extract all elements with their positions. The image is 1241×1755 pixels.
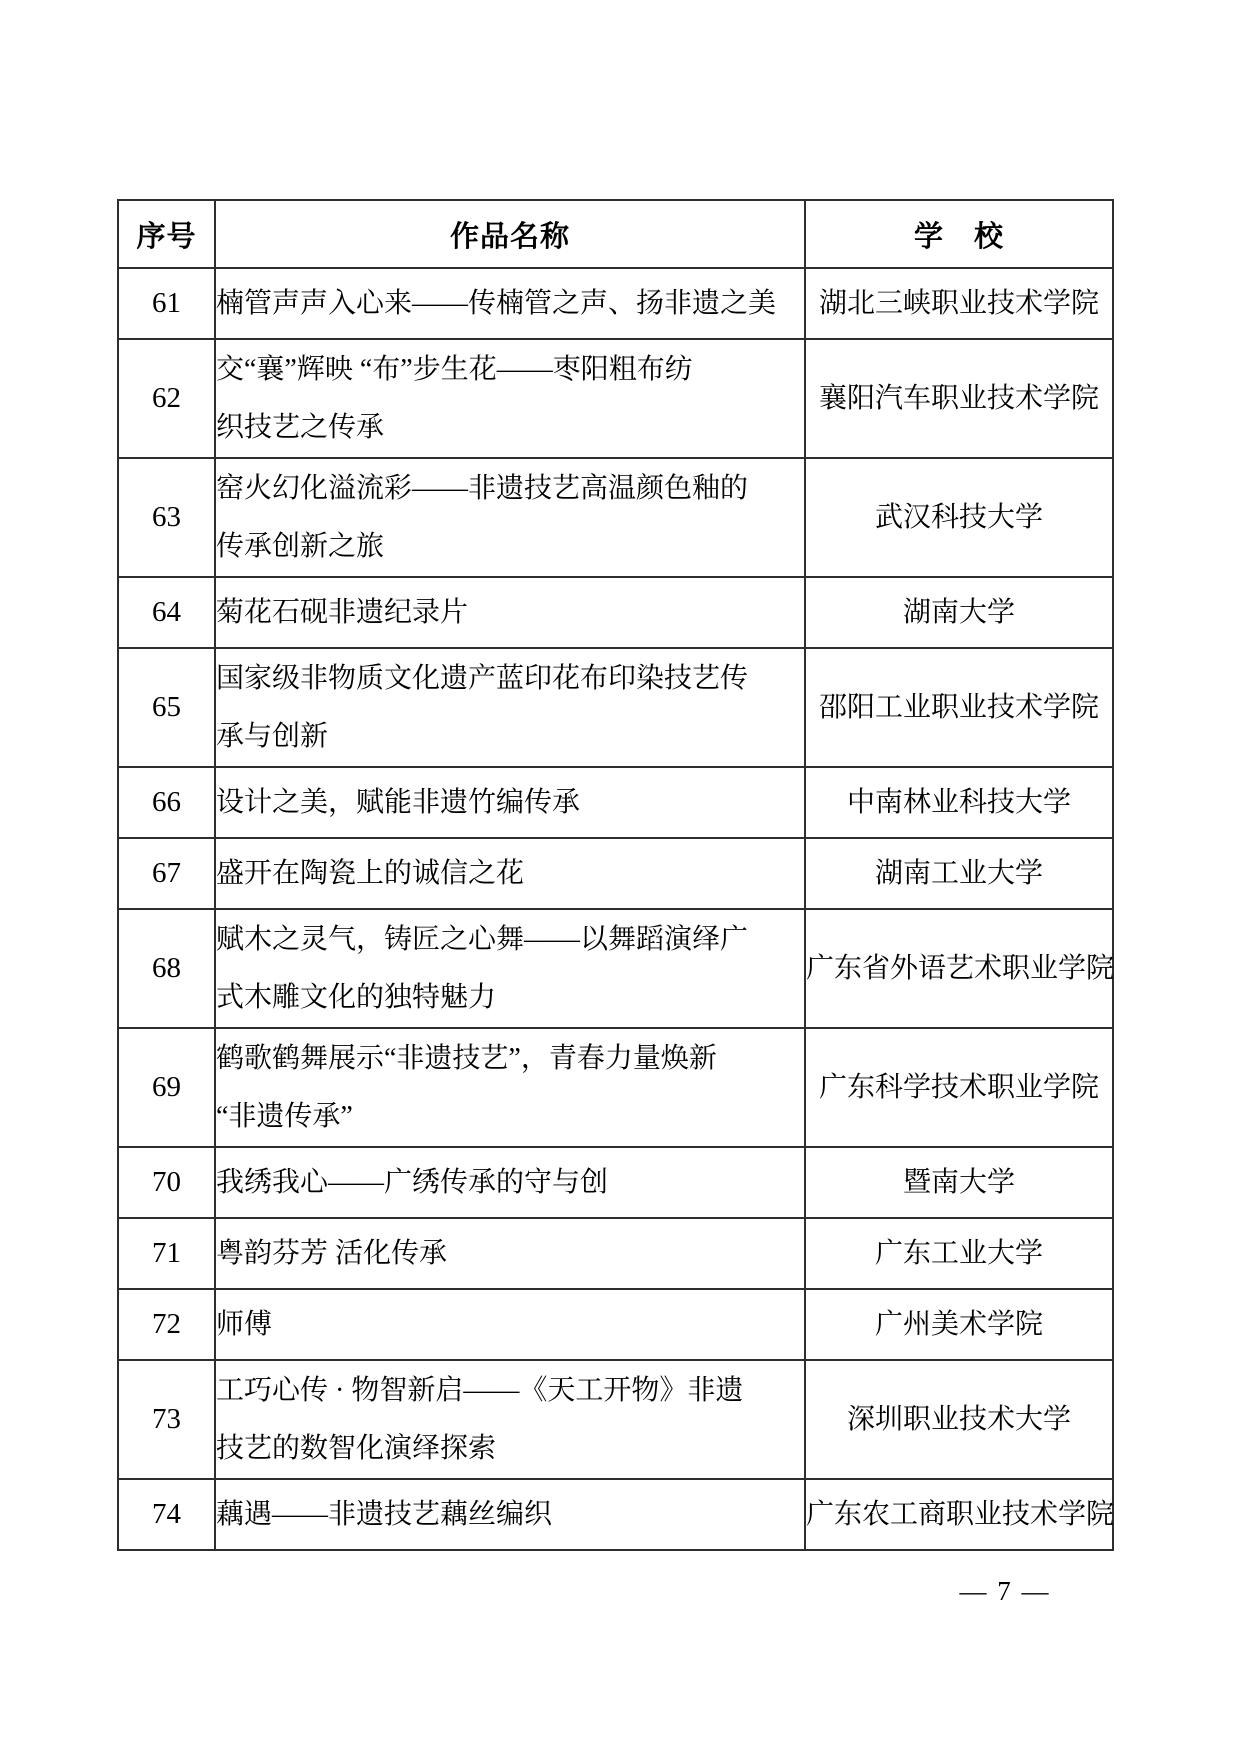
cell-work-title: 楠管声声入心来——传楠管之声、扬非遗之美 xyxy=(215,268,805,339)
table-row: 73工巧心传 · 物智新启——《天工开物》非遗 技艺的数智化演绎探索深圳职业技术… xyxy=(118,1360,1113,1479)
table-row: 67盛开在陶瓷上的诚信之花湖南工业大学 xyxy=(118,838,1113,909)
table-row: 72师傅广州美术学院 xyxy=(118,1289,1113,1360)
table-row: 66设计之美，赋能非遗竹编传承中南林业科技大学 xyxy=(118,767,1113,838)
cell-school: 邵阳工业职业技术学院 xyxy=(805,648,1113,767)
cell-work-title: 粤韵芬芳 活化传承 xyxy=(215,1218,805,1289)
cell-work-title: 工巧心传 · 物智新启——《天工开物》非遗 技艺的数智化演绎探索 xyxy=(215,1360,805,1479)
cell-work-title: 赋木之灵气，铸匠之心舞——以舞蹈演绎广 式木雕文化的独特魅力 xyxy=(215,909,805,1028)
page-number: — 7 — xyxy=(905,1576,1105,1607)
document-page: 序号 作品名称 学 校 61楠管声声入心来——传楠管之声、扬非遗之美湖北三峡职业… xyxy=(0,0,1241,1755)
cell-school: 广东科学技术职业学院 xyxy=(805,1028,1113,1147)
cell-number: 70 xyxy=(118,1147,215,1218)
cell-number: 63 xyxy=(118,458,215,577)
table-row: 64菊花石砚非遗纪录片湖南大学 xyxy=(118,577,1113,648)
table-row: 61楠管声声入心来——传楠管之声、扬非遗之美湖北三峡职业技术学院 xyxy=(118,268,1113,339)
cell-work-title: 藕遇——非遗技艺藕丝编织 xyxy=(215,1479,805,1550)
table-row: 74藕遇——非遗技艺藕丝编织广东农工商职业技术学院 xyxy=(118,1479,1113,1550)
cell-number: 64 xyxy=(118,577,215,648)
cell-number: 72 xyxy=(118,1289,215,1360)
cell-work-title: 设计之美，赋能非遗竹编传承 xyxy=(215,767,805,838)
cell-school: 武汉科技大学 xyxy=(805,458,1113,577)
cell-school: 广东工业大学 xyxy=(805,1218,1113,1289)
header-cell-title: 作品名称 xyxy=(215,200,805,268)
table-row: 68赋木之灵气，铸匠之心舞——以舞蹈演绎广 式木雕文化的独特魅力广东省外语艺术职… xyxy=(118,909,1113,1028)
cell-number: 69 xyxy=(118,1028,215,1147)
table-row: 62交“襄”辉映 “布”步生花——枣阳粗布纺 织技艺之传承襄阳汽车职业技术学院 xyxy=(118,339,1113,458)
cell-school: 深圳职业技术大学 xyxy=(805,1360,1113,1479)
cell-school: 广州美术学院 xyxy=(805,1289,1113,1360)
cell-number: 62 xyxy=(118,339,215,458)
cell-number: 67 xyxy=(118,838,215,909)
table-header-row: 序号 作品名称 学 校 xyxy=(118,200,1113,268)
header-cell-index: 序号 xyxy=(118,200,215,268)
cell-school: 广东省外语艺术职业学院 xyxy=(805,909,1113,1028)
table-row: 63窑火幻化溢流彩——非遗技艺高温颜色釉的 传承创新之旅武汉科技大学 xyxy=(118,458,1113,577)
cell-number: 74 xyxy=(118,1479,215,1550)
cell-number: 73 xyxy=(118,1360,215,1479)
cell-school: 暨南大学 xyxy=(805,1147,1113,1218)
cell-school: 湖北三峡职业技术学院 xyxy=(805,268,1113,339)
cell-number: 65 xyxy=(118,648,215,767)
cell-number: 61 xyxy=(118,268,215,339)
cell-number: 71 xyxy=(118,1218,215,1289)
cell-school: 湖南工业大学 xyxy=(805,838,1113,909)
works-table: 序号 作品名称 学 校 61楠管声声入心来——传楠管之声、扬非遗之美湖北三峡职业… xyxy=(117,199,1114,1551)
table-row: 69鹤歌鹤舞展示“非遗技艺”，青春力量焕新 “非遗传承”广东科学技术职业学院 xyxy=(118,1028,1113,1147)
cell-number: 68 xyxy=(118,909,215,1028)
table-row: 65国家级非物质文化遗产蓝印花布印染技艺传 承与创新邵阳工业职业技术学院 xyxy=(118,648,1113,767)
cell-school: 襄阳汽车职业技术学院 xyxy=(805,339,1113,458)
cell-number: 66 xyxy=(118,767,215,838)
cell-work-title: 国家级非物质文化遗产蓝印花布印染技艺传 承与创新 xyxy=(215,648,805,767)
cell-work-title: 盛开在陶瓷上的诚信之花 xyxy=(215,838,805,909)
cell-work-title: 交“襄”辉映 “布”步生花——枣阳粗布纺 织技艺之传承 xyxy=(215,339,805,458)
cell-work-title: 窑火幻化溢流彩——非遗技艺高温颜色釉的 传承创新之旅 xyxy=(215,458,805,577)
cell-work-title: 菊花石砚非遗纪录片 xyxy=(215,577,805,648)
table-row: 71粤韵芬芳 活化传承广东工业大学 xyxy=(118,1218,1113,1289)
cell-school: 湖南大学 xyxy=(805,577,1113,648)
table-row: 70我绣我心——广绣传承的守与创暨南大学 xyxy=(118,1147,1113,1218)
cell-work-title: 师傅 xyxy=(215,1289,805,1360)
cell-work-title: 鹤歌鹤舞展示“非遗技艺”，青春力量焕新 “非遗传承” xyxy=(215,1028,805,1147)
cell-work-title: 我绣我心——广绣传承的守与创 xyxy=(215,1147,805,1218)
header-cell-school: 学 校 xyxy=(805,200,1113,268)
cell-school: 中南林业科技大学 xyxy=(805,767,1113,838)
cell-school: 广东农工商职业技术学院 xyxy=(805,1479,1113,1550)
